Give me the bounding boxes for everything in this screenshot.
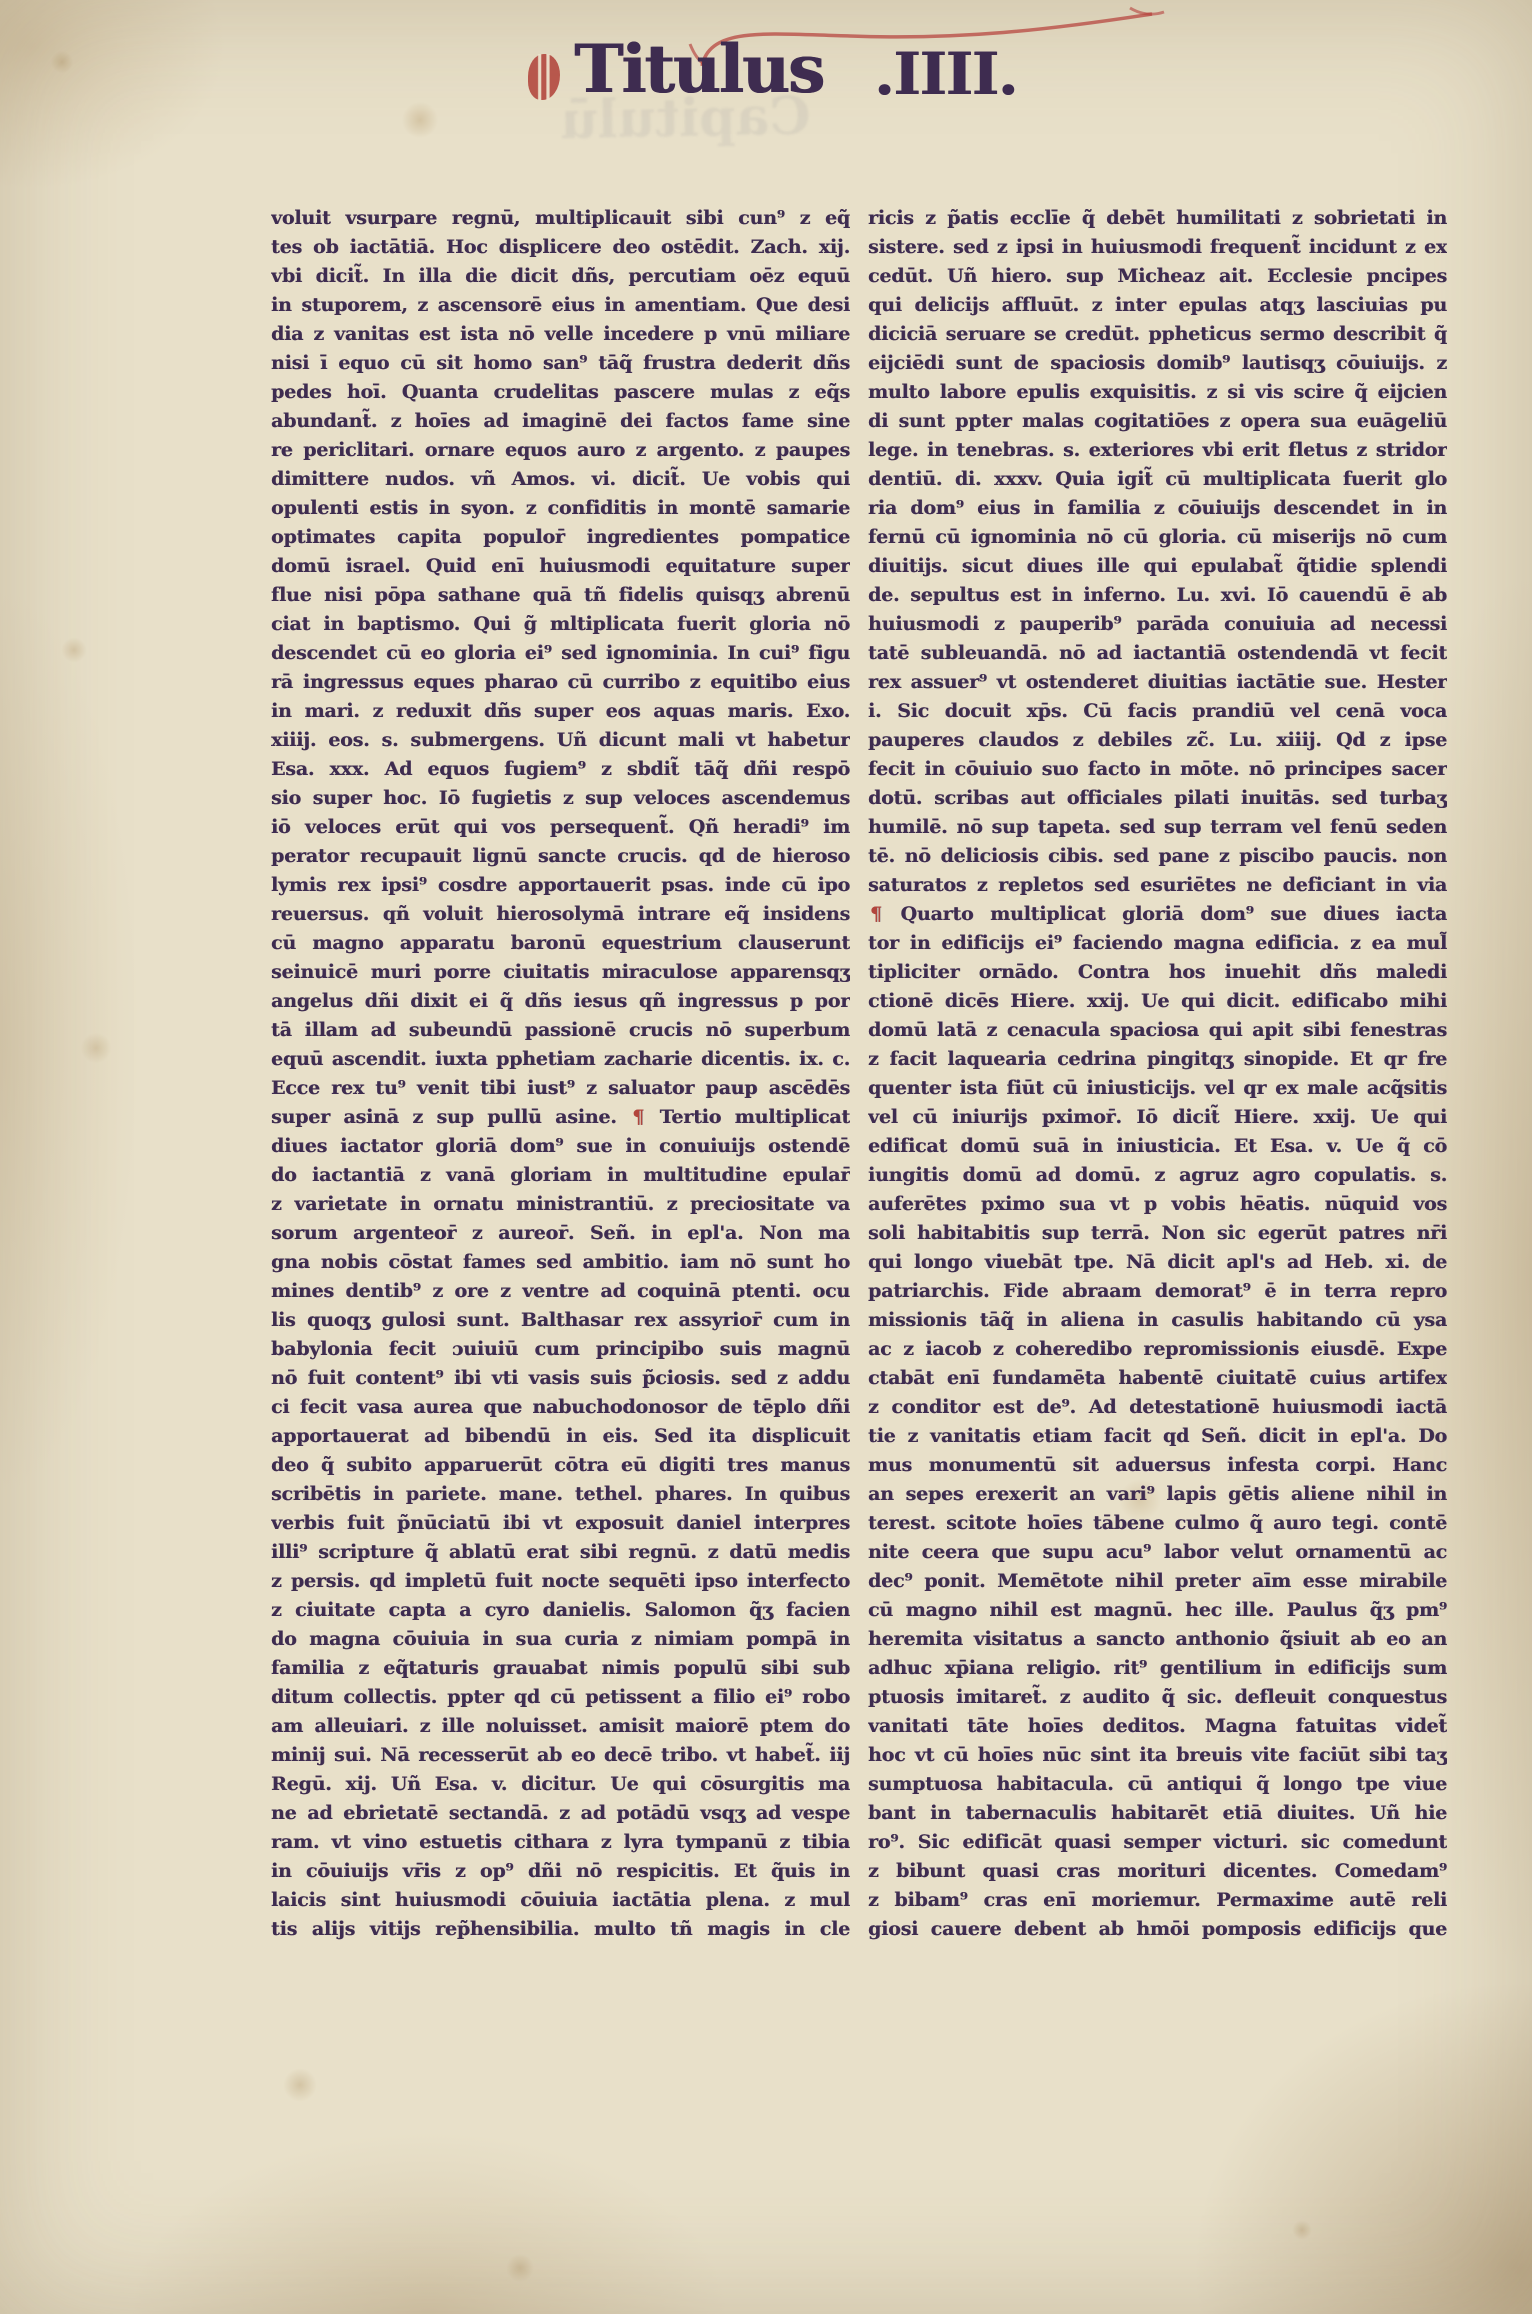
text-line: huiusmodi z pauperib⁹ parāda conuiuia ad… [868,610,1447,639]
text-line: z conditor est de⁹. Ad detestationē huiu… [868,1393,1447,1422]
text-line: adhuc xp̄iana religio. rit⁹ gentilium in… [868,1654,1447,1683]
text-line: in cōuiuijs vr̄is z op⁹ dñi nō respiciti… [271,1857,850,1886]
text-line: ptuosis imitaret̃. z audito q̃ sic. defl… [868,1683,1447,1712]
text-line: ¶ Quarto multiplicat gloriā dom⁹ sue diu… [868,900,1447,929]
text-line: angelus dñi dixit ei q̃ dñs iesus qñ ing… [271,987,850,1016]
text-line: dia z vanitas est ista nō velle incedere… [271,320,850,349]
text-line: diciciā seruare se credūt. ppheticus ser… [868,320,1447,349]
text-line: ciat in baptismo. Qui g̃ mltiplicata fue… [271,610,850,639]
rubric-pilcrow: ¶ [868,903,884,925]
text-line: i. Sic docuit xp̄s. Cū facis prandiū vel… [868,697,1447,726]
text-line: an sepes erexerit an vari⁹ lapis gētis a… [868,1480,1447,1509]
text-line: do magna cōuiuia in sua curia z nimiam p… [271,1625,850,1654]
rubric-pilcrow: ¶ [630,1106,646,1128]
text-line: diues iactator gloriā dom⁹ sue in conuiu… [271,1132,850,1161]
text-line: mines dentib⁹ z ore z ventre ad coquinā … [271,1277,850,1306]
text-line: super asinā z sup pullū asine. ¶ Tertio … [271,1103,850,1132]
text-line: laicis sint huiusmodi cōuiuia iactātia p… [271,1886,850,1915]
text-line: am alleuiari. z ille noluisset. amisit m… [271,1712,850,1741]
text-line: nite ceera que supu acu⁹ labor velut orn… [868,1538,1447,1567]
text-line: in mari. z reduxit dñs super eos aquas m… [271,697,850,726]
text-line: descendet cū eo gloria ei⁹ sed ignominia… [271,639,850,668]
text-line: Ecce rex tu⁹ venit tibi iust⁹ z saluator… [271,1074,850,1103]
text-line: sio super hoc. Iō fugietis z sup veloces… [271,784,850,813]
text-line: apportauerat ad bibendū in eis. Sed ita … [271,1422,850,1451]
text-line: tā illam ad subeundū passionē crucis nō … [271,1016,850,1045]
text-line: do iactantiā z vanā gloriam in multitudi… [271,1161,850,1190]
text-line: iō veloces erūt qui vos persequent̃. Qñ … [271,813,850,842]
text-line: tis alijs vitijs rep̃hensibilia. multo t… [271,1915,850,1944]
text-line: missionis tāq̃ in aliena in casulis habi… [868,1306,1447,1335]
text-line: lege. in tenebras. s. exteriores vbi eri… [868,436,1447,465]
text-line: voluit vsurpare regnū, multiplicauit sib… [271,204,850,233]
text-line: cū magno nihil est magnū. hec ille. Paul… [868,1596,1447,1625]
text-line: deo q̃ subito apparuerūt cōtra eū digiti… [271,1451,850,1480]
text-line: dotū. scribas aut officiales pilati inui… [868,784,1447,813]
text-line: bant in tabernaculis habitarēt etiā diui… [868,1799,1447,1828]
text-line: equū ascendit. iuxta pphetiam zacharie d… [271,1045,850,1074]
text-line: seinuicē muri porre ciuitatis miraculose… [271,958,850,987]
text-line: minij sui. Nā recesserūt ab eo decē trib… [271,1741,850,1770]
text-line: rex assuer⁹ vt ostenderet diuitias iactā… [868,668,1447,697]
text-line: pauperes claudos z debiles zc̃. Lu. xiii… [868,726,1447,755]
text-line: nisi ī equo cū sit homo san⁹ tāq̃ frustr… [271,349,850,378]
text-line: gna nobis cōstat fames sed ambitio. iam … [271,1248,850,1277]
text-line: hoc vt cū hoīes nūc sint ita breuis vite… [868,1741,1447,1770]
text-line: optimates capita populor̄ ingredientes p… [271,523,850,552]
text-line: opulenti estis in syon. z confiditis in … [271,494,850,523]
text-column-right: ricis z p̃atis ecclīe q̃ debēt humilitat… [868,204,1447,1944]
text-line: z bibam⁹ cras enī moriemur. Permaxime au… [868,1886,1447,1915]
text-line: z ciuitate capta a cyro danielis. Salomo… [271,1596,850,1625]
text-line: abundant̃. z hoīes ad imaginē dei factos… [271,407,850,436]
text-line: soli habitabitis sup terrā. Non sic eger… [868,1219,1447,1248]
text-line: iungitis domū ad domū. z agruz agro copu… [868,1161,1447,1190]
text-column-left: voluit vsurpare regnū, multiplicauit sib… [271,204,850,1944]
text-line: ria dom⁹ eius in familia z cōuiuijs desc… [868,494,1447,523]
text-line: re periclitari. ornare equos auro z arge… [271,436,850,465]
text-line: in stuporem, z ascensorē eius in amentia… [271,291,850,320]
text-line: diuitijs. sicut diues ille qui epulabat̃… [868,552,1447,581]
text-line: ricis z p̃atis ecclīe q̃ debēt humilitat… [868,204,1447,233]
text-line: ram. vt vino estuetis cithara z lyra tym… [271,1828,850,1857]
text-line: pedes hoī. Quanta crudelitas pascere mul… [271,378,850,407]
text-line: tē. nō deliciosis cibis. sed pane z pisc… [868,842,1447,871]
text-line: qui longo viuebāt tpe. Nā dicit apl's ad… [868,1248,1447,1277]
text-line: z facit laquearia cedrina pingitqʒ sinop… [868,1045,1447,1074]
text-line: tipliciter ornādo. Contra hos inuehit dñ… [868,958,1447,987]
text-line: domū israel. Quid enī huiusmodi equitatu… [271,552,850,581]
text-line: heremita visitatus a sancto anthonio q̃s… [868,1625,1447,1654]
text-line: auferētes pximo sua vt p vobis hēatis. n… [868,1190,1447,1219]
text-line: edificat domū suā in iniusticia. Et Esa.… [868,1132,1447,1161]
text-line: sumptuosa habitacula. cū antiqui q̃ long… [868,1770,1447,1799]
text-line: Esa. xxx. Ad equos fugiem⁹ z sbdit̃ tāq̃… [271,755,850,784]
show-through-text: Capitulū [559,86,811,151]
text-line: familia z eq̃taturis grauabat nimis popu… [271,1654,850,1683]
text-line: babylonia fecit ɔuiuiū cum principibo su… [271,1335,850,1364]
text-line: terest. scitote hoīes tābene culmo q̃ au… [868,1509,1447,1538]
text-line: multo labore epulis exquisitis. z si vis… [868,378,1447,407]
text-line: reuersus. qñ voluit hierosolymā intrare … [271,900,850,929]
text-line: tatē subleuandā. nō ad iactantiā ostende… [868,639,1447,668]
text-line: z varietate in ornatu ministrantiū. z pr… [271,1190,850,1219]
text-line: lis quoqʒ gulosi sunt. Balthasar rex ass… [271,1306,850,1335]
text-line: sorum argenteor̄ z aureor̄. Señ. in epl'… [271,1219,850,1248]
text-line: humilē. nō sup tapeta. sed sup terram ve… [868,813,1447,842]
text-line: cū magno apparatu baronū equestrium clau… [271,929,850,958]
text-line: rā ingressus eques pharao cū curribo z e… [271,668,850,697]
text-line: ctionē dicēs Hiere. xxij. Ue qui dicit. … [868,987,1447,1016]
text-line: xiiij. eos. s. submergens. Uñ dicunt mal… [271,726,850,755]
text-line: giosi cauere debent ab hmōi pomposis edi… [868,1915,1447,1944]
text-line: flue nisi pōpa sathane quā tñ fidelis qu… [271,581,850,610]
rubric-paraph-icon [528,54,560,100]
text-line: tes ob iactātiā. Hoc displicere deo ostē… [271,233,850,262]
text-line: vanitati tāte hoīes deditos. Magna fatui… [868,1712,1447,1741]
book-page: Titulus .IIII. Capitulū voluit vsurpare … [0,0,1532,2314]
text-line: qui delicijs affluūt. z inter epulas atq… [868,291,1447,320]
text-line: ro⁹. Sic edificāt quasi semper victuri. … [868,1828,1447,1857]
text-line: quenter ista fiūt cū iniusticijs. vel qr… [868,1074,1447,1103]
text-line: de. sepultus est in inferno. Lu. xvi. Iō… [868,581,1447,610]
text-line: tor in edificijs ei⁹ faciendo magna edif… [868,929,1447,958]
text-line: illi⁹ scripture q̃ ablatū erat sibi regn… [271,1538,850,1567]
text-line: Regū. xij. Uñ Esa. v. dicitur. Ue qui cō… [271,1770,850,1799]
text-line: ac z iacob z coheredibo repromissionis e… [868,1335,1447,1364]
text-line: perator recupauit lignū sancte crucis. q… [271,842,850,871]
text-line: vbi dicit̃. In illa die dicit dñs, percu… [271,262,850,291]
text-line: z bibunt quasi cras morituri dicentes. C… [868,1857,1447,1886]
text-line: tie z vanitatis etiam facit qd Señ. dici… [868,1422,1447,1451]
text-line: ditum collectis. ppter qd cū petissent a… [271,1683,850,1712]
titulus-number: .IIII. [874,40,1017,108]
text-line: dentiū. di. xxxv. Quia igit̃ cū multipli… [868,465,1447,494]
text-line: mus monumentū sit aduersus infesta corpi… [868,1451,1447,1480]
text-block: voluit vsurpare regnū, multiplicauit sib… [271,204,1447,1944]
text-line: ci fecit vasa aurea que nabuchodonosor d… [271,1393,850,1422]
text-line: fecit in cōuiuio suo facto in mōte. nō p… [868,755,1447,784]
text-line: eijciēdi sunt de spaciosis domib⁹ lautis… [868,349,1447,378]
text-line: dimittere nudos. vñ Amos. vi. dicit̃. Ue… [271,465,850,494]
text-line: ctabāt enī fundamēta habentē ciuitatē cu… [868,1364,1447,1393]
text-line: patriarchis. Fide abraam demorat⁹ ē in t… [868,1277,1447,1306]
text-line: sistere. sed z ipsi in huiusmodi frequen… [868,233,1447,262]
text-line: nō fuit content⁹ ibi vti vasis suis p̃ci… [271,1364,850,1393]
text-line: di sunt ppter malas cogitatiōes z opera … [868,407,1447,436]
text-line: scribētis in pariete. mane. tethel. phar… [271,1480,850,1509]
text-line: verbis fuit p̃nūciatū ibi vt exposuit da… [271,1509,850,1538]
text-line: ne ad ebrietatē sectandā. z ad potādū vs… [271,1799,850,1828]
text-line: domū latā z cenacula spaciosa qui apit s… [868,1016,1447,1045]
text-line: lymis rex ipsi⁹ cosdre apportauerit psas… [271,871,850,900]
text-line: fernū cū ignominia nō cū gloria. cū mise… [868,523,1447,552]
text-line: saturatos z repletos sed esuriētes ne de… [868,871,1447,900]
text-line: dec⁹ ponit. Memētote nihil preter aīm es… [868,1567,1447,1596]
text-line: vel cū iniurijs pximor̄. Iō dicit̃ Hiere… [868,1103,1447,1132]
text-line: z persis. qd impletū fuit nocte sequēti … [271,1567,850,1596]
text-line: cedūt. Uñ hiero. sup Micheaz ait. Eccles… [868,262,1447,291]
